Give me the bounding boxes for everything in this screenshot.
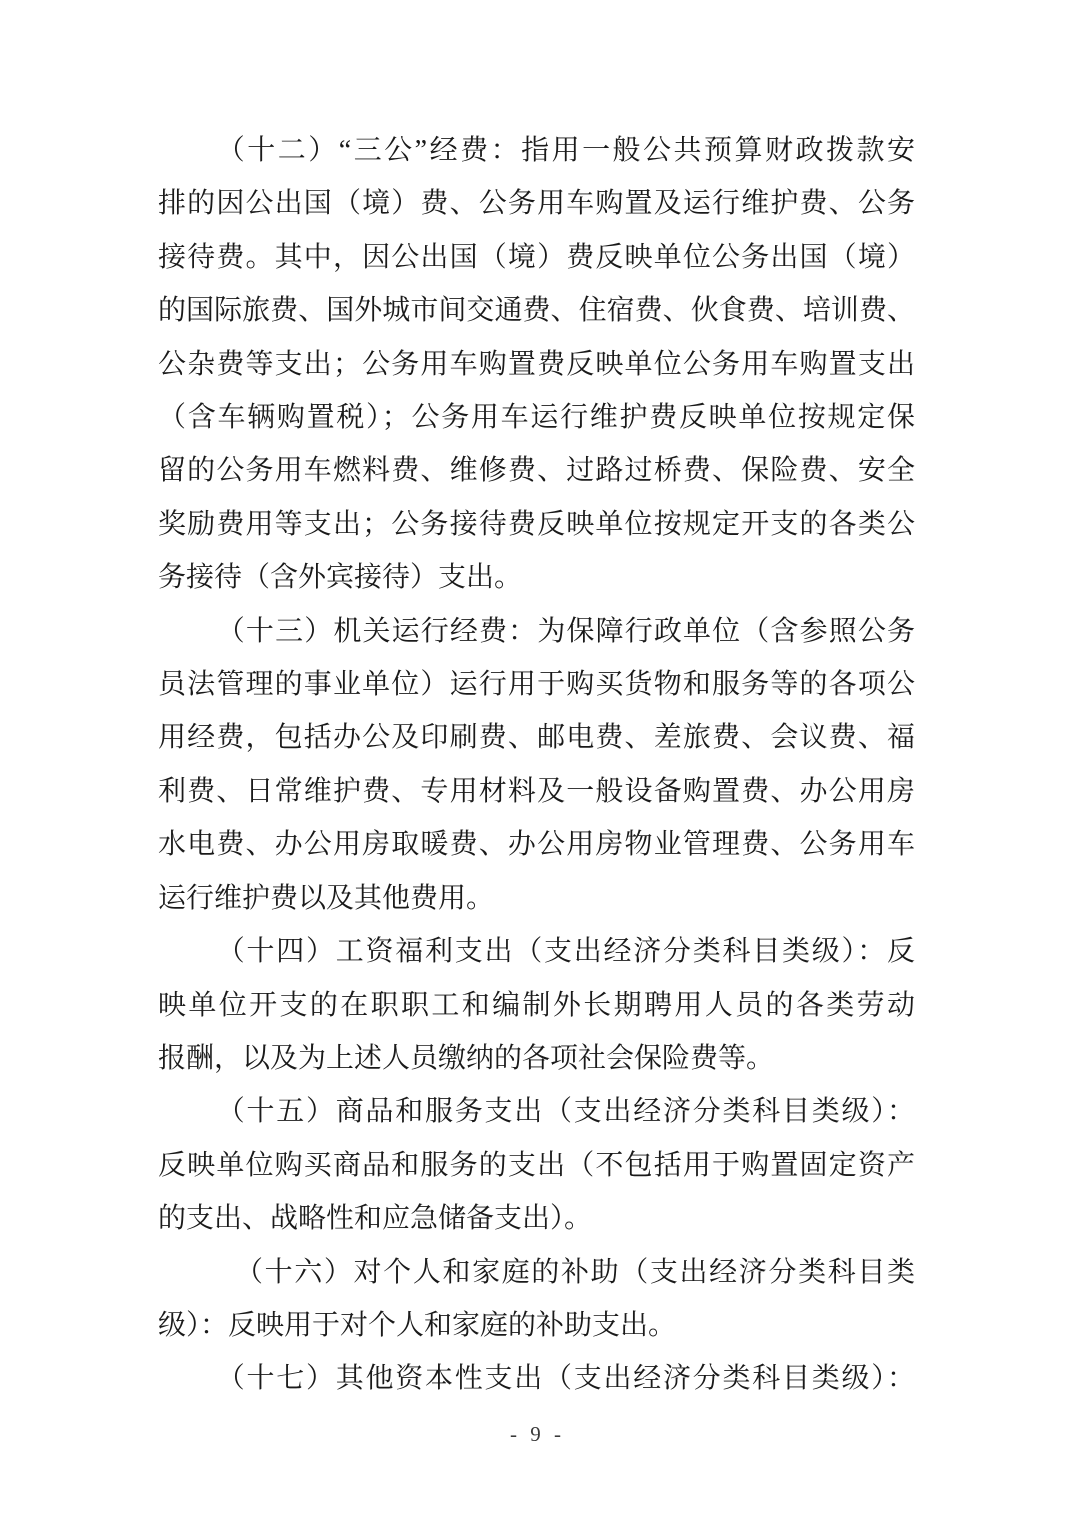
text-line: 运行维护费以及其他费用。 [158, 872, 915, 925]
text-line: 留的公务用车燃料费、维修费、过路过桥费、保险费、安全 [158, 444, 915, 497]
document-page: （十二）“三公”经费：指用一般公共预算财政拨款安 排的因公出国（境）费、公务用车… [0, 0, 1075, 1520]
page-number: - 9 - [0, 1422, 1075, 1447]
text-line: 的支出、战略性和应急储备支出）。 [158, 1192, 915, 1245]
text-line: 利费、日常维护费、专用材料及一般设备购置费、办公用房 [158, 765, 915, 818]
text-line: （十六）对个人和家庭的补助（支出经济分类科目类 [158, 1246, 915, 1299]
text-line: 报酬，以及为上述人员缴纳的各项社会保险费等。 [158, 1032, 915, 1085]
text-line: 水电费、办公用房取暖费、办公用房物业管理费、公务用车 [158, 818, 915, 871]
paragraph-15: （十五）商品和服务支出（支出经济分类科目类级）： 反映单位购买商品和服务的支出（… [158, 1085, 915, 1245]
paragraph-16: （十六）对个人和家庭的补助（支出经济分类科目类 级）：反映用于对个人和家庭的补助… [158, 1246, 915, 1353]
paragraph-12: （十二）“三公”经费：指用一般公共预算财政拨款安 排的因公出国（境）费、公务用车… [158, 124, 915, 605]
text-line: （十三）机关运行经费：为保障行政单位（含参照公务 [158, 605, 915, 658]
text-line: 员法管理的事业单位）运行用于购买货物和服务等的各项公 [158, 658, 915, 711]
text-line: 接待费。其中，因公出国（境）费反映单位公务出国（境） [158, 231, 915, 284]
text-line: 公杂费等支出；公务用车购置费反映单位公务用车购置支出 [158, 338, 915, 391]
text-line: 映单位开支的在职职工和编制外长期聘用人员的各类劳动 [158, 979, 915, 1032]
text-line: （十四）工资福利支出（支出经济分类科目类级）：反 [158, 925, 915, 978]
document-body: （十二）“三公”经费：指用一般公共预算财政拨款安 排的因公出国（境）费、公务用车… [158, 124, 915, 1406]
text-line: 的国际旅费、国外城市间交通费、住宿费、伙食费、培训费、 [158, 284, 915, 337]
text-line: 级）：反映用于对个人和家庭的补助支出。 [158, 1299, 915, 1352]
text-line: 用经费，包括办公及印刷费、邮电费、差旅费、会议费、福 [158, 711, 915, 764]
text-line: 排的因公出国（境）费、公务用车购置及运行维护费、公务 [158, 177, 915, 230]
text-line: 奖励费用等支出；公务接待费反映单位按规定开支的各类公 [158, 498, 915, 551]
text-line: 反映单位购买商品和服务的支出（不包括用于购置固定资产 [158, 1139, 915, 1192]
text-line: （十五）商品和服务支出（支出经济分类科目类级）： [158, 1085, 915, 1138]
text-line: （十二）“三公”经费：指用一般公共预算财政拨款安 [158, 124, 915, 177]
paragraph-17: （十七）其他资本性支出（支出经济分类科目类级）： [158, 1352, 915, 1405]
text-line: 务接待（含外宾接待）支出。 [158, 551, 915, 604]
paragraph-14: （十四）工资福利支出（支出经济分类科目类级）：反 映单位开支的在职职工和编制外长… [158, 925, 915, 1085]
text-line: （含车辆购置税）；公务用车运行维护费反映单位按规定保 [158, 391, 915, 444]
paragraph-13: （十三）机关运行经费：为保障行政单位（含参照公务 员法管理的事业单位）运行用于购… [158, 605, 915, 925]
text-line: （十七）其他资本性支出（支出经济分类科目类级）： [158, 1352, 915, 1405]
